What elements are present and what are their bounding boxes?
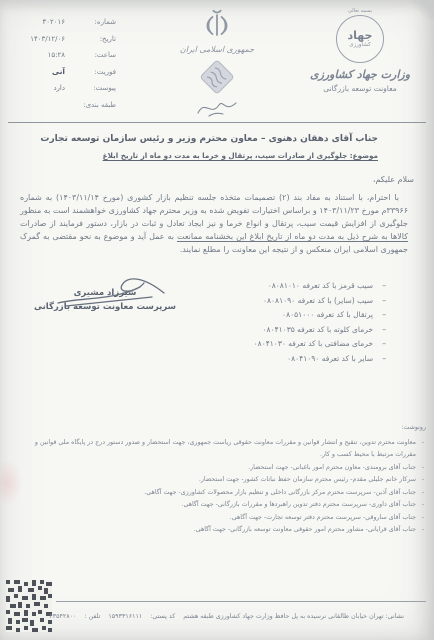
scan-smudge: [0, 460, 22, 506]
scanned-letter-page: شماره:۴۰۲۰۱۶تاریخ:۱۴۰۳/۱۲/۰۶ساعت:۱۵:۲۸فو…: [0, 0, 434, 640]
subject-line: موضوع: جلوگیری از صادرات سیب، پرتقال و خ…: [20, 151, 378, 160]
footer-postal-label: کد پستی:: [150, 613, 175, 620]
meta-field-value: ۴۰۲۰۱۶: [42, 18, 65, 26]
meta-field-row: شماره:۴۰۲۰۱۶: [20, 14, 116, 31]
footer-phone: ۴۳۵۴۲۸۰۰: [49, 613, 76, 620]
logo-word-2: کشاورزی: [349, 42, 370, 49]
emblem-caption: جمهوری اسلامی ایران: [152, 45, 282, 54]
letter-body: جناب آقای دهقان دهنوی – معاون محترم وزیر…: [0, 124, 434, 537]
body-part-1: با احترام، با استناد به مفاد بند (۲) تصم…: [20, 193, 408, 228]
letterhead: شماره:۴۰۲۰۱۶تاریخ:۱۴۰۳/۱۲/۰۶ساعت:۱۵:۲۸فو…: [0, 0, 434, 124]
footer-phone-label: تلفن :: [84, 613, 100, 620]
cc-section: رونوشت: معاونت محترم تدوین، تنقیح و انتش…: [20, 422, 426, 537]
meta-field-label: تاریخ:: [72, 35, 116, 43]
cc-item: جناب آقای ساروقی- سرپرست محترم دفتر توسع…: [20, 512, 426, 525]
logo-word-1: جهاد: [348, 30, 373, 42]
body-paragraph: با احترام، با استناد به مفاد بند (۲) تصم…: [20, 191, 408, 256]
meta-field-value: ۱۴۰۳/۱۲/۰۶: [30, 35, 65, 43]
registry-stamp: [197, 57, 237, 97]
signature-block: شیرزاد مشیری سرپرست معاونت توسعه بازرگان…: [30, 288, 180, 312]
banned-item: سایر با کد تعرفه ۰۸۰۴۱۰۹۰: [20, 352, 386, 367]
cc-item: جناب آقای داوری- سرپرست محترم دفتر تدوین…: [20, 499, 426, 512]
meta-field-label: فوریت:: [72, 68, 116, 76]
qr-code: [6, 580, 52, 632]
footer-postal-code: ۱۵۹۳۳۱۶۱۱۱: [108, 613, 142, 620]
meta-field-value: ۱۵:۲۸: [48, 51, 65, 59]
meta-field-label: پیوست:: [72, 84, 116, 92]
ministry-logo-block: بسمه تعالی جهاد کشاورزی وزارت جهاد کشاور…: [302, 8, 418, 93]
cc-item: جناب آقای آذین- سرپرست محترم مرکز بازرگا…: [20, 487, 426, 500]
body-underlined: کالاها به شرح ذیل به مدت دو ماه از تاریخ…: [177, 232, 408, 241]
meta-field-row: ساعت:۱۵:۲۸: [20, 47, 116, 64]
meta-fields: شماره:۴۰۲۰۱۶تاریخ:۱۴۰۳/۱۲/۰۶ساعت:۱۵:۲۸فو…: [20, 14, 116, 113]
meta-field-row: تاریخ:۱۴۰۳/۱۲/۰۶: [20, 31, 116, 48]
jahad-keshavarzi-logo-icon: جهاد کشاورزی: [336, 15, 384, 63]
footer-contact-line: نشانی: تهران خیابان طالقانی نرسیده به پل…: [60, 613, 410, 620]
header-divider: [8, 122, 426, 123]
secretary-paraph: [195, 97, 239, 119]
meta-field-label: طبقه بندی:: [72, 101, 116, 109]
iran-emblem-icon: [203, 8, 231, 44]
handwritten-signature: [52, 273, 172, 309]
cc-item: معاونت محترم تدوین، تنقیح و انتشار قوانی…: [20, 437, 426, 462]
meta-field-row: پیوست:دارد: [20, 80, 116, 97]
meta-field-value: آنی: [52, 67, 65, 76]
footer-divider: [56, 601, 426, 602]
cc-list: معاونت محترم تدوین، تنقیح و انتشار قوانی…: [20, 437, 426, 537]
department-name: معاونت توسعه بازرگانی: [302, 84, 418, 93]
addressee-line: جناب آقای دهقان دهنوی – معاون محترم وزیر…: [20, 134, 378, 144]
banned-item: خرمای کلوته با کد تعرفه ۰۸۰۴۱۰۳۵: [20, 323, 386, 338]
banned-item: خرمای مضافتی با کد تعرفه ۰۸۰۴۱۰۳۰: [20, 337, 386, 352]
cc-item: جناب آقای قرایانی- مشاور محترم امور حقوق…: [20, 524, 426, 537]
cc-item: سرکار خانم جلیلی مقدم- رئیس محترم سازمان…: [20, 474, 426, 487]
bismillah-text: بسمه تعالی: [302, 8, 418, 14]
ministry-name: وزارت جهاد کشاورزی: [302, 68, 418, 81]
cc-item: جناب آقای برومندی- معاون محترم امور باغب…: [20, 462, 426, 475]
meta-field-row: طبقه بندی:: [20, 97, 116, 114]
footer-address: نشانی: تهران خیابان طالقانی نرسیده به پل…: [183, 613, 404, 620]
meta-field-label: شماره:: [72, 18, 116, 26]
meta-field-label: ساعت:: [72, 51, 116, 59]
meta-field-row: فوریت:آنی: [20, 64, 116, 81]
cc-label: رونوشت:: [20, 422, 426, 435]
salutation: سلام علیکم،: [20, 175, 414, 184]
letterhead-center: جمهوری اسلامی ایران: [152, 8, 282, 119]
meta-field-value: دارد: [53, 84, 65, 92]
